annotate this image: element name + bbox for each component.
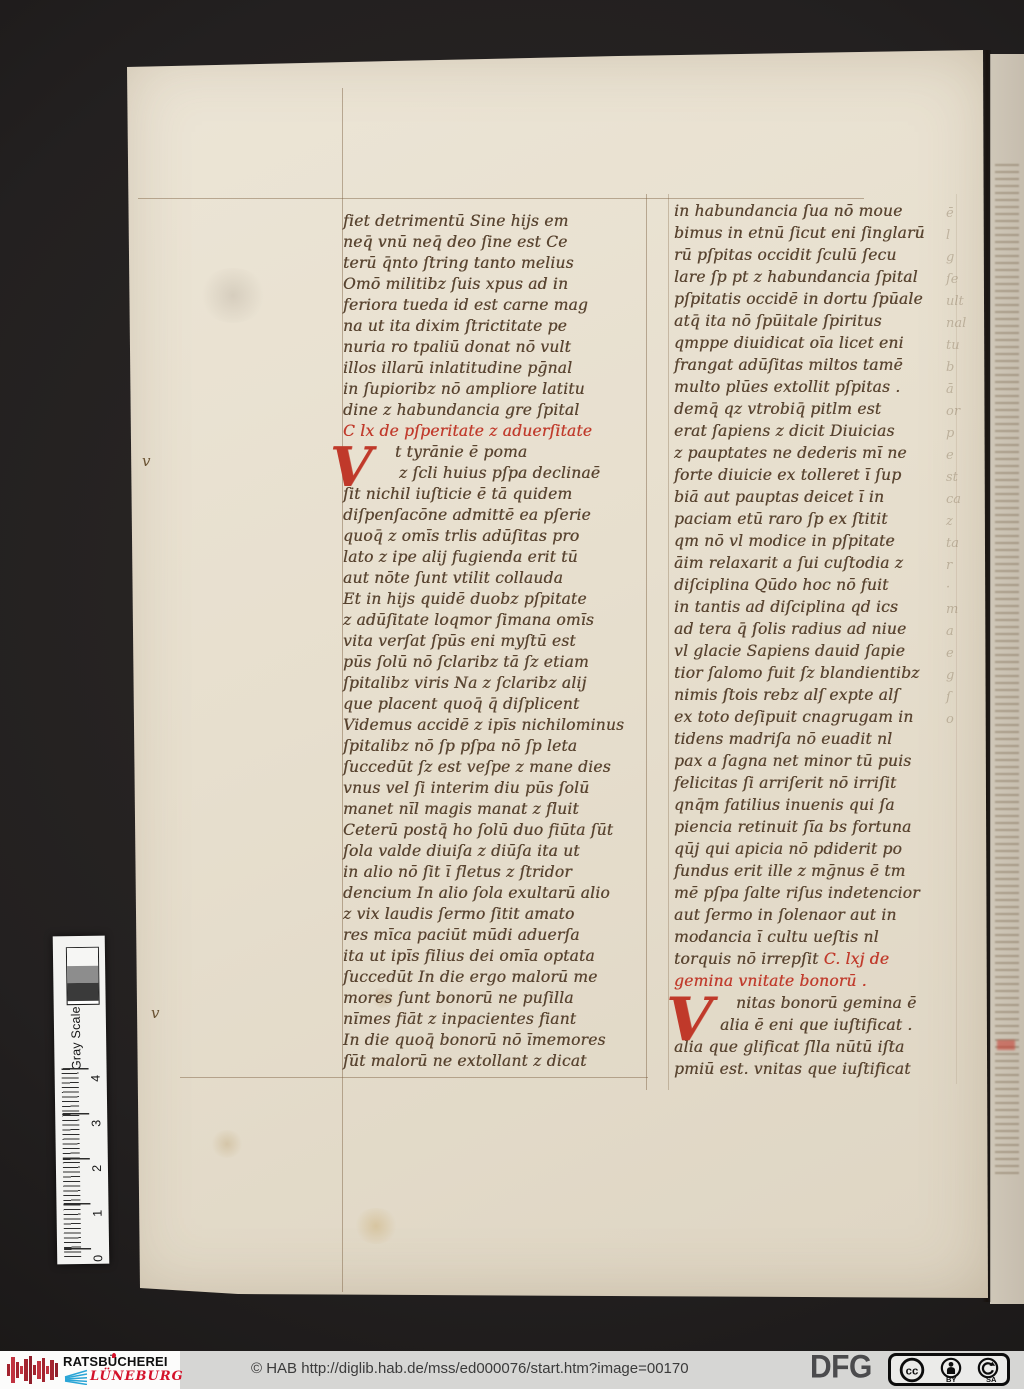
manuscript-line: gemina vnitate bonorū .	[674, 972, 976, 994]
cc-by-label: BY	[946, 1376, 956, 1384]
open-book-icon	[64, 1369, 88, 1385]
manuscript-line: tior ſalomo fuit ſz blandientibz	[674, 664, 976, 686]
manuscript-line: aut ſermo in ſolenaor aut in	[674, 906, 976, 928]
manuscript-line: alia que glificat ſlla nūtū iſta	[674, 1038, 976, 1060]
manuscript-line: fiet detrimentū Sine hijs em	[343, 212, 645, 233]
manuscript-line: nīmes fiāt z inpacientes fiant	[343, 1010, 645, 1031]
ruler-number: 1	[90, 1199, 104, 1217]
manuscript-line: bimus in etnū ſicut eni ſinglarū	[674, 224, 976, 246]
manuscript-line: vnus vel ſi interim diu pūs ſolū	[343, 779, 645, 800]
manuscript-line: pūs ſolū nō ſclaribz tā ſz etiam	[343, 653, 645, 674]
right-column: in habundancia ſua nō mouebimus in etnū …	[674, 202, 976, 1082]
left-column: fiet detrimentū Sine hijs emneq̄ vnū neq…	[343, 212, 645, 1073]
manuscript-line: āim relaxarit a ſui cuſtodia z	[674, 554, 976, 576]
manuscript-line: Videmus accidē z ipīs nichilominus	[343, 716, 645, 737]
umlaut-flame-icon	[112, 1353, 116, 1358]
right-initial-letter: V	[666, 990, 713, 1050]
smudge	[198, 268, 268, 323]
cc-icon: cc	[899, 1357, 925, 1383]
manuscript-line: aut nōte ſunt vtilit collauda	[343, 569, 645, 590]
manuscript-line: in tantis ad diſciplina qd ics	[674, 598, 976, 620]
manuscript-line: diſciplina Qūdo hoc nō fuit	[674, 576, 976, 598]
manuscript-line: qūj qui apicia nō pdiderit po	[674, 840, 976, 862]
manuscript-line: fundus erit ille z mḡnus ē tm	[674, 862, 976, 884]
manuscript-line: in habundancia ſua nō moue	[674, 202, 976, 224]
manuscript-line: diſpenſacōne admittē ea pſerie	[343, 506, 645, 527]
manuscript-line: feriora tueda id est carne mag	[343, 296, 645, 317]
manuscript-line: in ſupioribz nō ampliore latitu	[343, 380, 645, 401]
manuscript-line: ſuccedūt ſz est veſpe z mane dies	[343, 758, 645, 779]
svg-text:cc: cc	[905, 1365, 918, 1377]
margin-mark: v	[151, 1004, 159, 1022]
manuscript-line: z pauptates ne dederis mī ne	[674, 444, 976, 466]
library-city: LÜNEBURG	[90, 1369, 184, 1384]
manuscript-line: felicitas ſi arriſerit nō irriſit	[674, 774, 976, 796]
manuscript-line: ſit nichil iuſticie ē tā quidem	[343, 485, 645, 506]
manuscript-line: ſola valde diuiſa z diūſa ita ut	[343, 842, 645, 863]
photo-background: v v fiet detrimentū Sine hijs emneq̄ vnū…	[0, 0, 1024, 1351]
manuscript-line: mores ſunt bonorū ne puſilla	[343, 989, 645, 1010]
dfg-logo[interactable]: DFG	[810, 1350, 872, 1387]
manuscript-line: modancia ī cultu ueſtis nl	[674, 928, 976, 950]
manuscript-line: z adūſitate loqmor ſimana omīs	[343, 611, 645, 632]
manuscript-line: qmppe diuidicat oīa licet eni	[674, 334, 976, 356]
cc-sa-label: SA	[986, 1376, 996, 1384]
manuscript-line: que placent quoq̄ q̄ diſplicent	[343, 695, 645, 716]
stain	[353, 1208, 399, 1244]
manuscript-line: vl glacie Sapiens dauid ſapie	[674, 642, 976, 664]
manuscript-line: torquis nō irrepſit C. lxj de	[674, 950, 976, 972]
manuscript-line: pſpitatis occidē in dortu ſpūale	[674, 290, 976, 312]
ruler-number: 3	[89, 1109, 103, 1127]
manuscript-line: tidens madriſa nō euadit nl	[674, 730, 976, 752]
manuscript-page: v v fiet detrimentū Sine hijs emneq̄ vnū…	[118, 48, 992, 1302]
manuscript-line: quoq̄ z omīs trlis adūſitas pro	[343, 527, 645, 548]
ruling-line-bottom	[180, 1077, 648, 1078]
manuscript-line: paciam etū raro ſp ex ſtitit	[674, 510, 976, 532]
manuscript-line: ſūt malorū ne extollant z dicat	[343, 1052, 645, 1073]
manuscript-line: In die quoq̄ bonorū nō īmemores	[343, 1031, 645, 1052]
ink-showthrough-column: ēlgſeultnaltubāorpestcaztar·maegſo	[946, 206, 974, 734]
copyright-link[interactable]: © HAB http://diglib.hab.de/mss/ed000076/…	[251, 1360, 689, 1377]
manuscript-line: Et in hijs quidē duobz pſpitate	[343, 590, 645, 611]
manuscript-line: nimis ſtois rebz alſ expte alſ	[674, 686, 976, 708]
manuscript-line: C lx de pſperitate z aduerſitate	[343, 422, 645, 443]
next-folio-edge	[990, 54, 1024, 1304]
manuscript-line: biā aut pauptas deicet ī in	[674, 488, 976, 510]
manuscript-line: ad tera q̄ ſolis radius ad niue	[674, 620, 976, 642]
manuscript-line: qm nō vl modice in pſpitate	[674, 532, 976, 554]
ruler-number: 0	[91, 1244, 105, 1262]
manuscript-line: nuria ro tpaliū donat nō vult	[343, 338, 645, 359]
manuscript-line: z vix laudis ſermo ſitit amato	[343, 905, 645, 926]
manuscript-line: vita verſat ſpūs eni myſtū est	[343, 632, 645, 653]
ruling-line-column-gutter-2	[668, 194, 669, 1090]
footer-bar: RATSBÜCHEREI LÜNEBURG © HAB http://digli…	[0, 1351, 1024, 1389]
manuscript-line: illos illarū inlatitudine pḡnal	[343, 359, 645, 380]
ruler-major-ticks	[62, 1068, 92, 1252]
manuscript-line: mē pſpa ſalte riſus indetencior	[674, 884, 976, 906]
library-logo-bars-icon	[7, 1354, 61, 1386]
manuscript-line: neq̄ vnū neq̄ deo ſine est Ce	[343, 233, 645, 254]
left-initial-letter: V	[330, 440, 372, 494]
manuscript-line: rū pſpitas occidit ſculū ſecu	[674, 246, 976, 268]
manuscript-line: ſuccedūt In die ergo malorū me	[343, 968, 645, 989]
manuscript-line: erat ſapiens z dicit Diuicias	[674, 422, 976, 444]
manuscript-line: in alio nō ſit ī fletus z ſtridor	[343, 863, 645, 884]
manuscript-line: lato z ipe alij fugienda erit tū	[343, 548, 645, 569]
manuscript-line: ita ut ipīs filius dei omīa optata	[343, 947, 645, 968]
manuscript-line: dencium In alio ſola exultarū alio	[343, 884, 645, 905]
manuscript-line: forte diuicie ex tolleret ī ſup	[674, 466, 976, 488]
manuscript-line: res mīca paciūt mūdi aduerſa	[343, 926, 645, 947]
manuscript-line: ex toto deſipuit cnagrugam in	[674, 708, 976, 730]
manuscript-line: nitas bonorū gemina ē	[674, 994, 976, 1016]
manuscript-line: terū q̄nto ſtring tanto melius	[343, 254, 645, 275]
manuscript-line: Ceterū postq̄ ho ſolū duo fiūta ſūt	[343, 821, 645, 842]
cc-license-badge[interactable]: cc BY SA	[888, 1353, 1010, 1386]
next-folio-rubric-showthrough	[997, 1040, 1015, 1050]
manuscript-line: piencia retinuit ſīa bs fortuna	[674, 818, 976, 840]
manuscript-line: pax a ſagna net minor tū puis	[674, 752, 976, 774]
grayscale-patches	[66, 947, 100, 1005]
manuscript-line: demq̄ qz vtrobiq̄ pitlm est	[674, 400, 976, 422]
manuscript-line: Omō militibz ſuis xpus ad in	[343, 275, 645, 296]
manuscript-line: t tyrānie ē poma	[343, 443, 645, 464]
grayscale-ruler: Gray Scale 43210	[53, 936, 110, 1265]
manuscript-line: frangat adūſitas miltos tamē	[674, 356, 976, 378]
manuscript-line: dine z habundancia gre ſpital	[343, 401, 645, 422]
library-logo[interactable]: RATSBÜCHEREI LÜNEBURG	[0, 1351, 180, 1389]
ruling-line-top	[138, 198, 864, 199]
margin-mark: v	[142, 452, 150, 470]
manuscript-line: atq̄ ita nō ſpūitale ſpiritus	[674, 312, 976, 334]
manuscript-line: ſpitalibz nō ſp pſpa nō ſp leta	[343, 737, 645, 758]
manuscript-line: lare ſp pt z habundancia ſpital	[674, 268, 976, 290]
stain	[210, 1130, 244, 1158]
manuscript-line: alia ē eni que iuſtificat .	[674, 1016, 976, 1038]
manuscript-line: ſpitalibz viris Na z ſclaribz alij	[343, 674, 645, 695]
grayscale-label: Gray Scale	[69, 1006, 84, 1070]
manuscript-line: z ſcli huius pſpa declinaē	[343, 464, 645, 485]
manuscript-line: pmiū est. vnitas que iuſtificat	[674, 1060, 976, 1082]
manuscript-line: multo plūes extollit pſpitas .	[674, 378, 976, 400]
next-folio-text-showthrough	[995, 164, 1019, 1174]
manuscript-line: qnq̄m fatilius inuenis qui ſa	[674, 796, 976, 818]
ruler-number: 4	[88, 1064, 102, 1082]
ruler-numbers: 43210	[53, 936, 105, 937]
manuscript-line: na ut ita dixim ſtrictitate pe	[343, 317, 645, 338]
ruler-number: 2	[90, 1154, 104, 1172]
manuscript-line: manet nīl magis manat z fluit	[343, 800, 645, 821]
ruling-line-column-gutter	[646, 194, 647, 1090]
